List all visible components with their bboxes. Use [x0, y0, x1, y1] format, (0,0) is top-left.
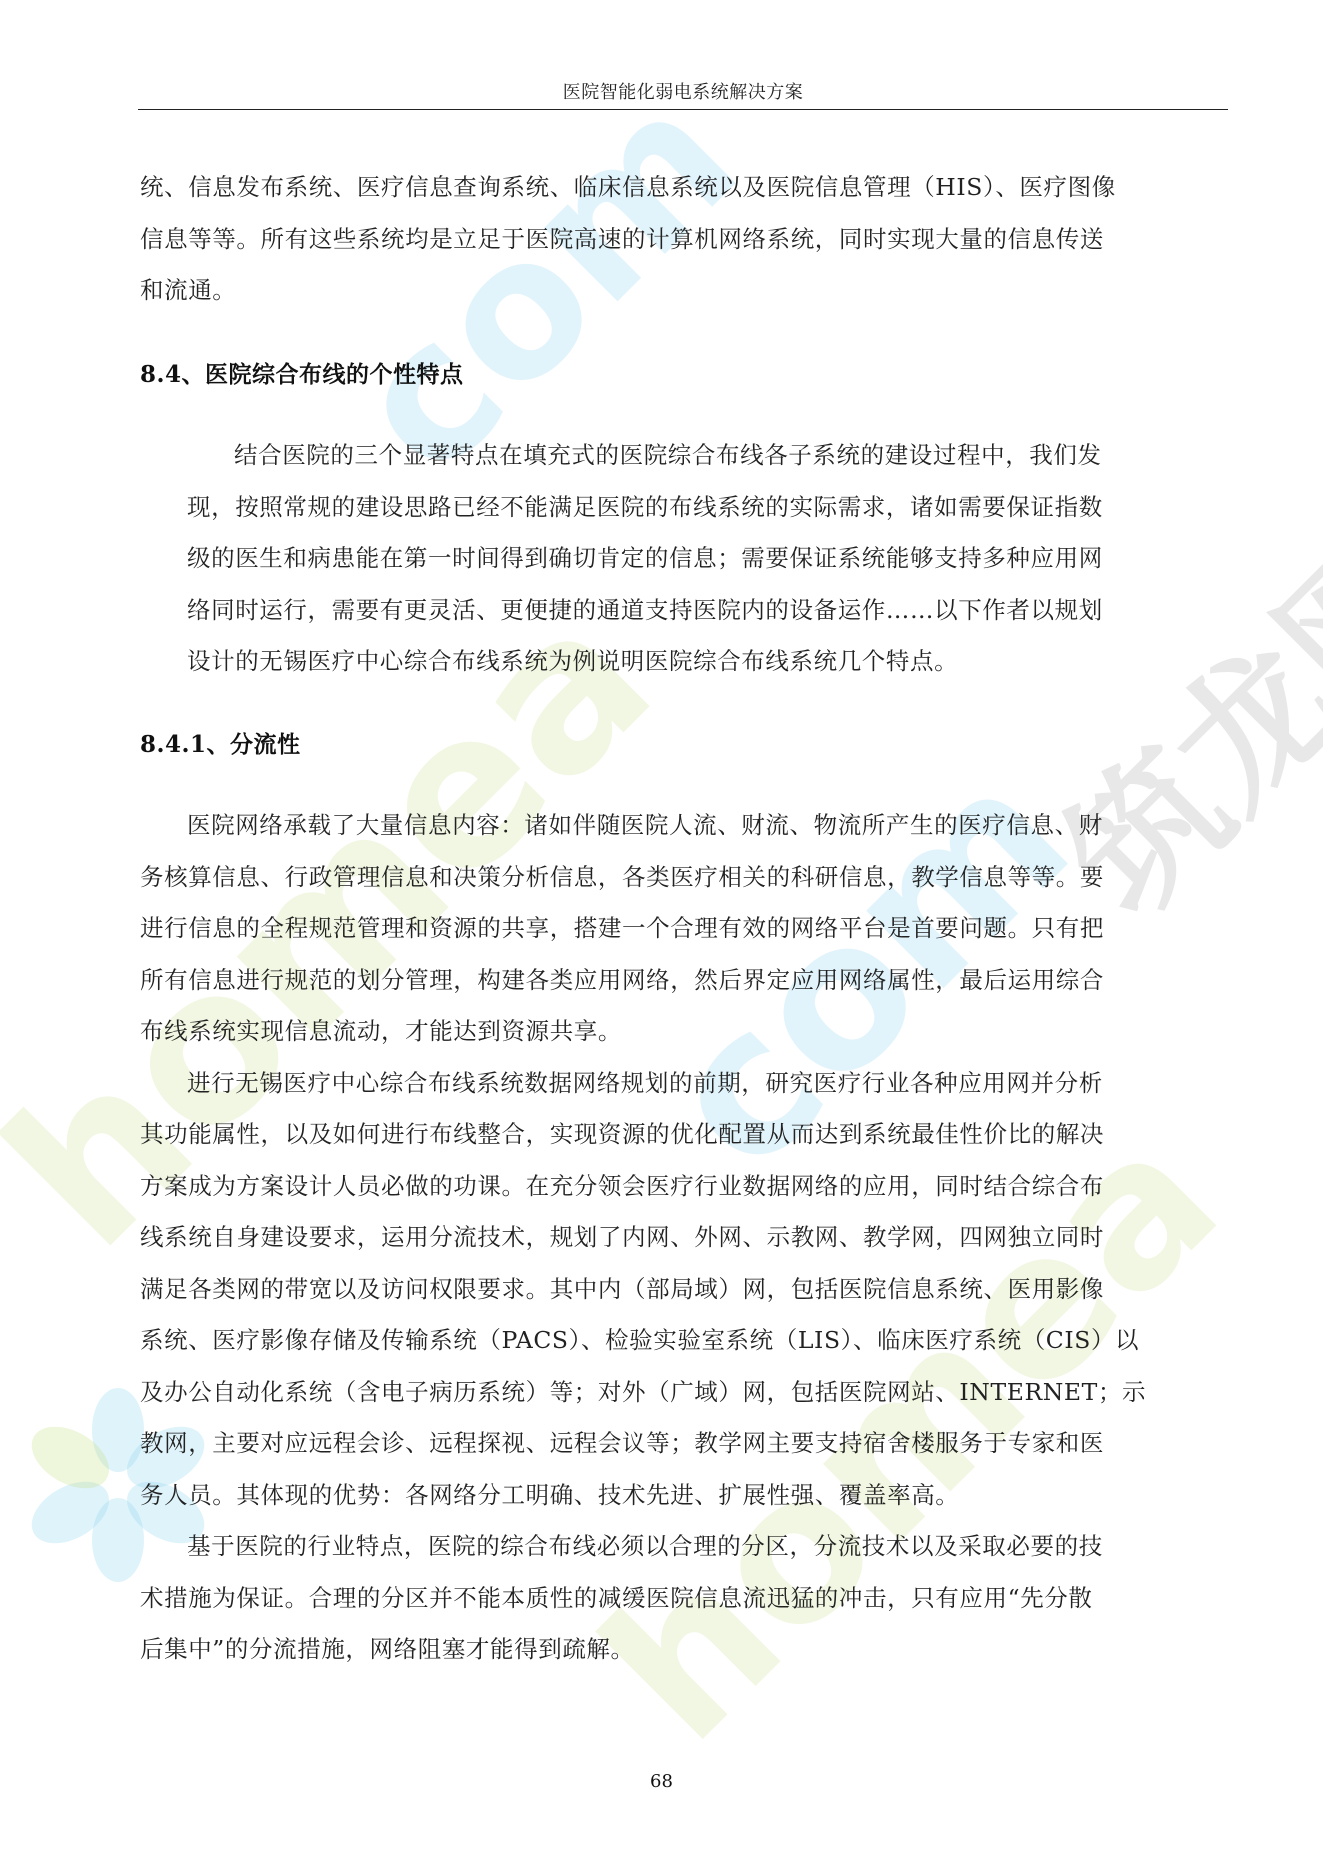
paragraph-8-4-1-a: 医院网络承载了大量信息内容：诸如伴随医院人流、财流、物流所产生的医疗信息、财 务…	[140, 800, 1230, 1676]
text-line: 及办公自动化系统（含电子病历系统）等；对外（广域）网，包括医院网站、INTERN…	[140, 1367, 1230, 1419]
header-divider	[138, 109, 1228, 110]
text-line: 系统、医疗影像存储及传输系统（PACS）、检验实验室系统（LIS）、临床医疗系统…	[140, 1315, 1230, 1367]
text-line: 其功能属性，以及如何进行布线整合，实现资源的优化配置从而达到系统最佳性价比的解决	[140, 1109, 1230, 1161]
text-line: 术措施为保证。合理的分区并不能本质性的减缓医院信息流迅猛的冲击，只有应用“先分散	[140, 1573, 1230, 1625]
text-line: 信息等等。所有这些系统均是立足于医院高速的计算机网络系统，同时实现大量的信息传送	[140, 214, 1230, 266]
text-line: 设计的无锡医疗中心综合布线系统为例说明医院综合布线系统几个特点。	[140, 636, 1230, 688]
text-line: 基于医院的行业特点，医院的综合布线必须以合理的分区，分流技术以及采取必要的技	[140, 1521, 1230, 1573]
paragraph-continued: 统、信息发布系统、医疗信息查询系统、临床信息系统以及医院信息管理（HIS）、医疗…	[140, 162, 1230, 317]
page-header-title: 医院智能化弱电系统解决方案	[138, 78, 1228, 104]
text-line: 务核算信息、行政管理信息和决策分析信息，各类医疗相关的科研信息，教学信息等等。要	[140, 852, 1230, 904]
text-line: 务人员。其体现的优势：各网络分工明确、技术先进、扩展性强、覆盖率高。	[140, 1470, 1230, 1522]
text-line: 结合医院的三个显著特点在填充式的医院综合布线各子系统的建设过程中，我们发	[140, 430, 1230, 482]
text-line: 现，按照常规的建设思路已经不能满足医院的布线系统的实际需求，诸如需要保证指数	[140, 482, 1230, 534]
section-heading-8-4-1: 8.4.1、分流性	[140, 726, 301, 759]
text-line: 医院网络承载了大量信息内容：诸如伴随医院人流、财流、物流所产生的医疗信息、财	[140, 800, 1230, 852]
text-line: 统、信息发布系统、医疗信息查询系统、临床信息系统以及医院信息管理（HIS）、医疗…	[140, 162, 1230, 214]
section-heading-8-4: 8.4、医院综合布线的个性特点	[140, 356, 464, 389]
text-line: 所有信息进行规范的划分管理，构建各类应用网络，然后界定应用网络属性，最后运用综合	[140, 955, 1230, 1007]
text-line: 后集中”的分流措施，网络阻塞才能得到疏解。	[140, 1624, 1230, 1676]
text-line: 方案成为方案设计人员必做的功课。在充分领会医疗行业数据网络的应用，同时结合综合布	[140, 1161, 1230, 1213]
text-line: 线系统自身建设要求，运用分流技术，规划了内网、外网、示教网、教学网，四网独立同时	[140, 1212, 1230, 1264]
text-line: 教网，主要对应远程会诊、远程探视、远程会议等；教学网主要支持宿舍楼服务于专家和医	[140, 1418, 1230, 1470]
text-line: 布线系统实现信息流动，才能达到资源共享。	[140, 1006, 1230, 1058]
text-line: 络同时运行，需要有更灵活、更便捷的通道支持医院内的设备运作……以下作者以规划	[140, 585, 1230, 637]
text-line: 进行无锡医疗中心综合布线系统数据网络规划的前期，研究医疗行业各种应用网并分析	[140, 1058, 1230, 1110]
document-page: 医院智能化弱电系统解决方案 统、信息发布系统、医疗信息查询系统、临床信息系统以及…	[0, 0, 1323, 1871]
text-line: 满足各类网的带宽以及访问权限要求。其中内（部局域）网，包括医院信息系统、医用影像	[140, 1264, 1230, 1316]
text-line: 进行信息的全程规范管理和资源的共享，搭建一个合理有效的网络平台是首要问题。只有把	[140, 903, 1230, 955]
page-number: 68	[0, 1771, 1323, 1792]
text-line: 级的医生和病患能在第一时间得到确切肯定的信息；需要保证系统能够支持多种应用网	[140, 533, 1230, 585]
text-line: 和流通。	[140, 265, 1230, 317]
paragraph-8-4: 结合医院的三个显著特点在填充式的医院综合布线各子系统的建设过程中，我们发 现，按…	[140, 430, 1230, 688]
